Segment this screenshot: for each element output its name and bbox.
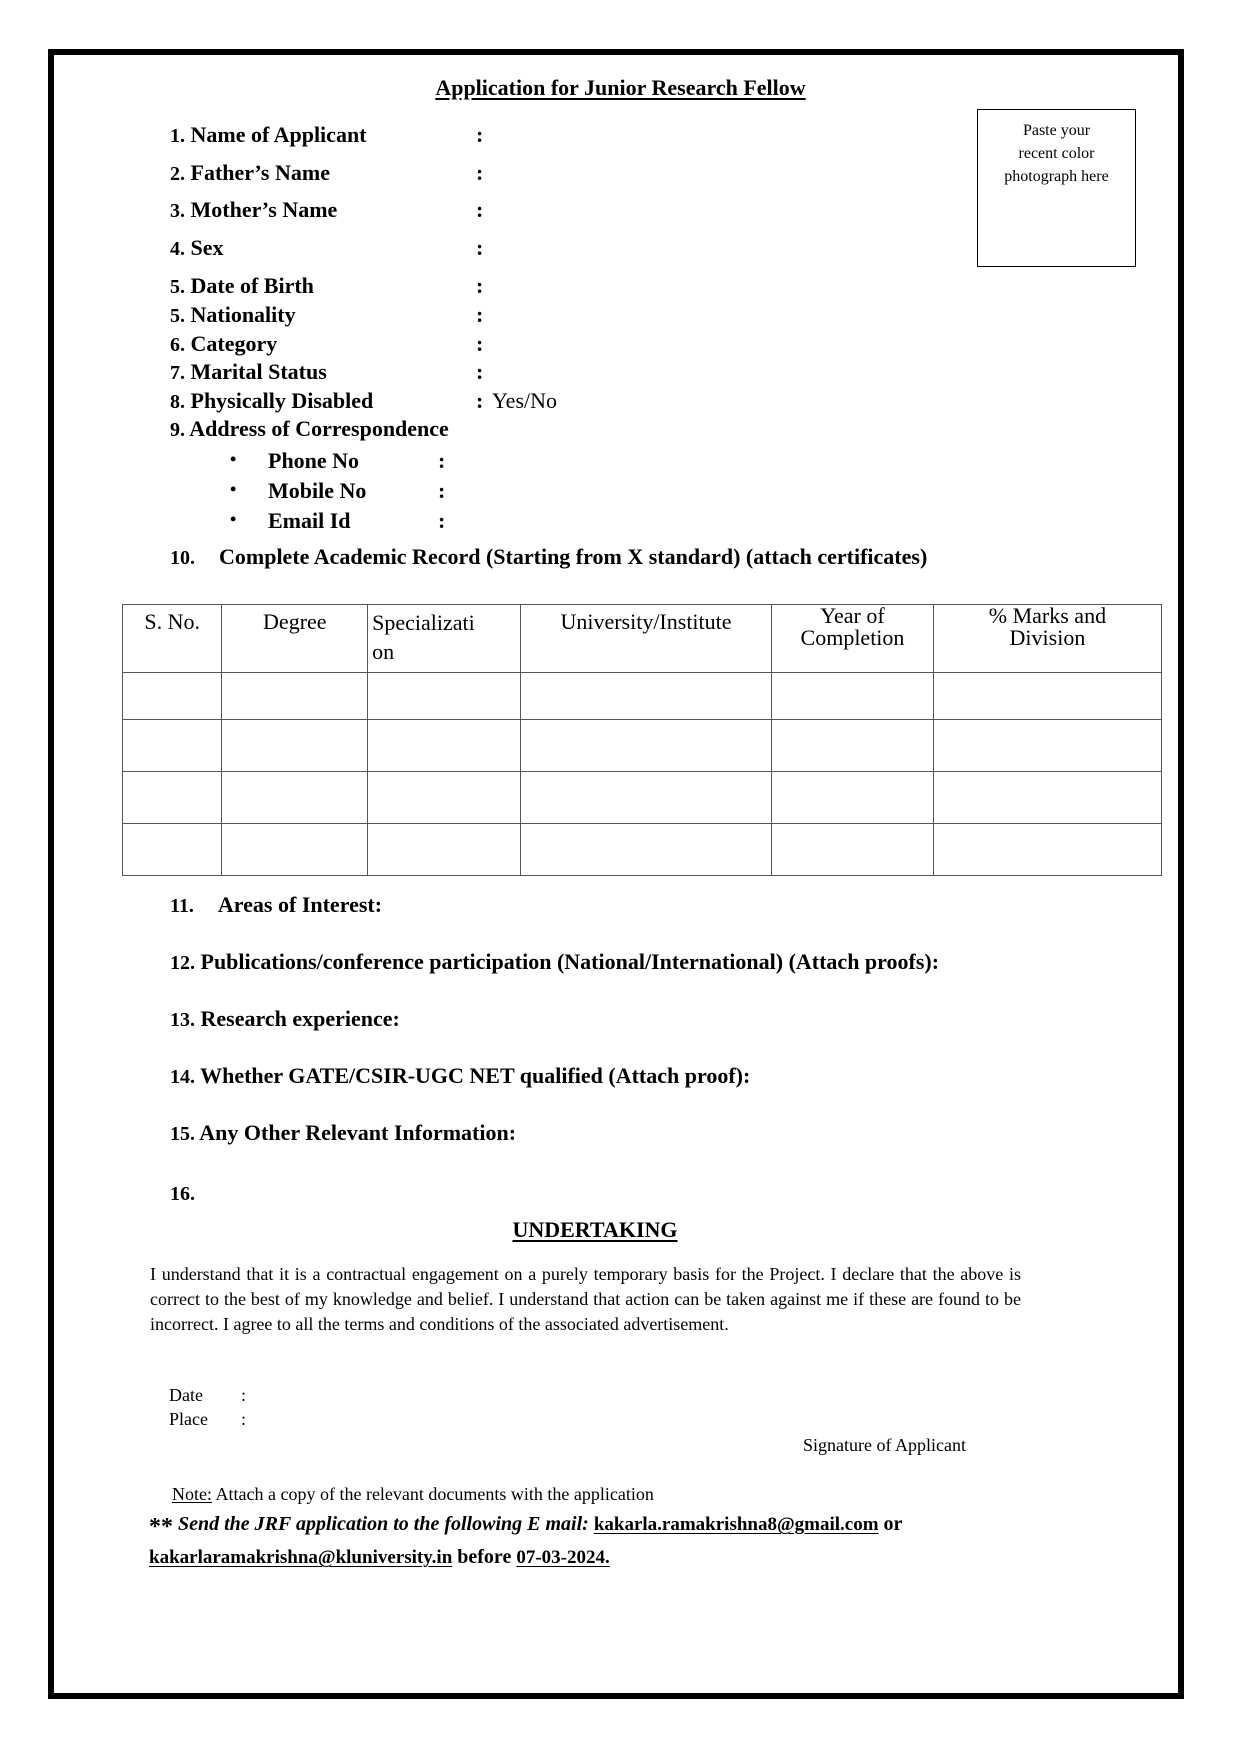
contact-label: Phone No [268,448,359,474]
field-colon: : [476,359,483,385]
table-cell[interactable] [123,673,222,720]
contact-field[interactable]: •Mobile No: [230,478,530,506]
table-row [123,720,1162,772]
photo-box-text-2: recent color [978,142,1135,165]
photo-box-text-1: Paste your [978,119,1135,142]
send-instruction: ** Send the JRF application to the follo… [149,1513,902,1541]
table-cell[interactable] [520,772,771,824]
form-section: 12. Publications/conference participatio… [170,949,939,975]
field-colon: : [476,122,483,148]
note-text: Note: Attach a copy of the relevant docu… [172,1484,654,1505]
field-label: Physically Disabled [191,388,374,413]
field-colon: : [476,302,483,328]
table-cell[interactable] [222,824,368,876]
table-row [123,824,1162,876]
field-label: Address of Correspondence [189,416,449,441]
table-cell[interactable] [222,720,368,772]
form-section: 14. Whether GATE/CSIR-UGC NET qualified … [170,1063,750,1089]
form-field[interactable]: 1. Name of Applicant: [170,122,670,150]
photo-box[interactable]: Paste your recent color photograph here [977,109,1136,267]
table-cell[interactable] [772,720,934,772]
field-label: Marital Status [191,359,327,384]
table-cell[interactable] [222,772,368,824]
table-cell[interactable] [368,772,521,824]
contact-field[interactable]: •Email Id: [230,508,530,536]
table-cell[interactable] [772,824,934,876]
form-section: 13. Research experience: [170,1006,400,1032]
academic-record-table: S. No. Degree Specializati on University… [122,604,1162,876]
form-field[interactable]: 5. Nationality: [170,302,670,330]
undertaking-heading: UNDERTAKING [0,1217,1190,1243]
table-cell[interactable] [368,720,521,772]
undertaking-text: I understand that it is a contractual en… [150,1262,1021,1337]
section-label: Publications/conference participation (N… [201,949,940,974]
column-header-marks: % Marks and Division [933,605,1161,673]
table-cell[interactable] [772,772,934,824]
contact-colon: : [438,478,445,504]
note-label: Note: [172,1484,212,1504]
table-cell[interactable] [123,772,222,824]
field-colon: : [476,160,483,186]
field-label: Mother’s Name [191,197,338,222]
field-label: Category [191,331,278,356]
form-section: 15. Any Other Relevant Information: [170,1120,516,1146]
date-field[interactable]: Date : [169,1385,203,1406]
photo-box-text-3: photograph here [978,165,1135,188]
signature-label: Signature of Applicant [803,1435,966,1456]
place-field[interactable]: Place : [169,1409,208,1430]
field-colon: : [476,197,483,223]
deadline-date: 07-03-2024. [516,1547,609,1568]
column-header-sno: S. No. [123,605,222,673]
section-label: Whether GATE/CSIR-UGC NET qualified (Att… [200,1063,750,1088]
form-field[interactable]: 2. Father’s Name: [170,160,670,188]
contact-colon: : [438,448,445,474]
table-cell[interactable] [933,720,1161,772]
contact-label: Mobile No [268,478,366,504]
bullet-icon: • [230,479,236,500]
field-colon: : [476,273,483,299]
form-field[interactable]: 6. Category: [170,331,670,359]
table-header-row: S. No. Degree Specializati on University… [123,605,1162,673]
date-label: Date [169,1385,203,1405]
contact-field[interactable]: •Phone No: [230,448,530,476]
column-header-specialization: Specializati on [368,605,521,673]
table-cell[interactable] [933,824,1161,876]
field-label: Date of Birth [191,273,314,298]
field-label: Nationality [191,302,296,327]
academic-record-heading: 10.Complete Academic Record (Starting fr… [170,544,927,570]
table-cell[interactable] [368,673,521,720]
column-header-year: Year of Completion [772,605,934,673]
field-colon: : [476,235,483,261]
field-colon: : [476,388,483,414]
table-cell[interactable] [772,673,934,720]
bullet-icon: • [230,509,236,530]
table-cell[interactable] [123,720,222,772]
table-row [123,673,1162,720]
contact-colon: : [438,508,445,534]
table-cell[interactable] [368,824,521,876]
form-field[interactable]: 8. Physically Disabled:Yes/No [170,388,670,416]
table-cell[interactable] [933,673,1161,720]
form-field[interactable]: 4. Sex: [170,235,670,263]
table-cell[interactable] [520,824,771,876]
field-value: Yes/No [492,388,557,414]
field-label: Father’s Name [191,160,330,185]
page-title: Application for Junior Research Fellow [0,75,1241,101]
section-label: Areas of Interest: [218,892,382,917]
email-link-kluniversity[interactable]: kakarlaramakrishna@kluniversity.in [149,1547,452,1568]
table-cell[interactable] [933,772,1161,824]
column-header-degree: Degree [222,605,368,673]
table-row [123,772,1162,824]
section-label: Research experience: [201,1006,400,1031]
form-section: 11.Areas of Interest: [170,892,382,918]
field-label: Sex [191,235,224,260]
table-cell[interactable] [222,673,368,720]
form-field[interactable]: 7. Marital Status: [170,359,670,387]
table-cell[interactable] [123,824,222,876]
send-instruction-line2: kakarlaramakrishna@kluniversity.in befor… [149,1546,610,1569]
place-label: Place [169,1409,208,1429]
form-field[interactable]: 3. Mother’s Name: [170,197,670,225]
bullet-icon: • [230,449,236,470]
form-section: 16. [170,1180,195,1206]
field-label: Name of Applicant [191,122,367,147]
column-header-university: University/Institute [520,605,771,673]
form-field[interactable]: 5. Date of Birth: [170,273,670,301]
email-link-gmail[interactable]: kakarla.ramakrishna8@gmail.com [594,1514,879,1535]
field-colon: : [476,331,483,357]
contact-label: Email Id [268,508,351,534]
form-field[interactable]: 9. Address of Correspondence [170,416,670,444]
table-cell[interactable] [520,673,771,720]
section-label: Any Other Relevant Information: [199,1120,516,1145]
table-cell[interactable] [520,720,771,772]
